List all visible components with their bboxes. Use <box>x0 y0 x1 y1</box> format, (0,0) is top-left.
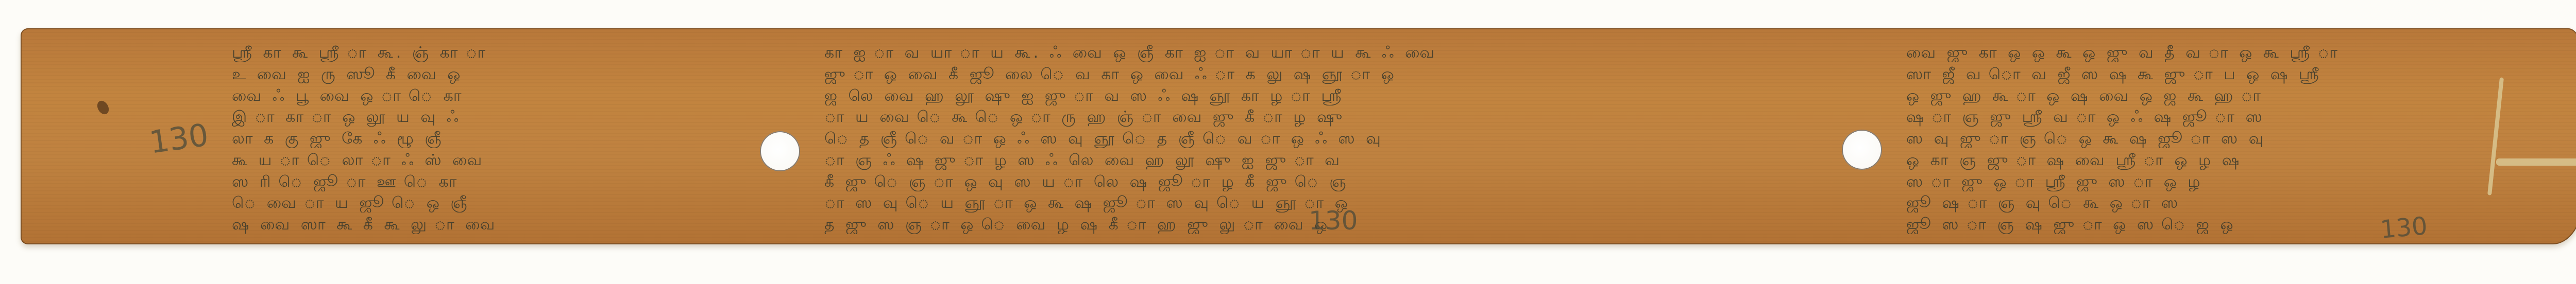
text-line: ெ த ஞீ ெ வ ா ஒ ஃ ஸ வு ஞூ ெ த ஞீ ெ வ ா ஒ … <box>824 130 1852 148</box>
text-line: வை ஃ பூ வை ஒ ா ெ கா <box>232 87 750 105</box>
pencil-folio-mark-left: 130 <box>147 117 211 161</box>
palm-leaf: 130 ஸ்ரீ கா கூ ஸ்ரீ ா கூ. ஞ் கா ா உ வை ஐ… <box>21 28 2576 244</box>
pencil-folio-mark-center: 130 <box>1309 206 1358 236</box>
text-block-left: ஸ்ரீ கா கூ ஸ்ரீ ா கூ. ஞ் கா ா உ வை ஐ ரு … <box>232 44 750 234</box>
text-line: வை ஜு கா ஒ ஒ கூ ஒ ஜு வ தீ வ ா ஒ கூ ஸ்ரீ … <box>1906 44 2550 62</box>
text-line: கா ஐ ா வ யா ா ய கூ. ஃ வை ஒ ஞீ கா ஐ ா வ ய… <box>824 44 1852 62</box>
pencil-folio-mark-right: 130 <box>2379 211 2429 244</box>
binding-hole-left <box>760 131 800 171</box>
text-line: ஜூ ஷ ா ஞ வு ெ கூ ஒ ா ஸ <box>1906 194 2550 212</box>
text-line: ெ வை ா ய ஜூ ெ ஒ ஞீ <box>232 194 750 212</box>
text-block-right: வை ஜு கா ஒ ஒ கூ ஒ ஜு வ தீ வ ா ஒ கூ ஸ்ரீ … <box>1906 44 2550 234</box>
text-line: கூ ய ா ெ லா ா ஃ ஸ் வை <box>232 151 750 170</box>
text-line: ஜூ ஸ ா ஞ ஷ ஜு ா ஒ ஸ ெ ஜ ஒ <box>1906 216 2550 234</box>
text-line: ஸ வு ஜு ா ஞ ெ ஒ கூ ஷ ஜூ ா ஸ வு <box>1906 130 2550 148</box>
text-line: கீ ஜு ெ ஞ ா ஒ வு ஸ ய ா லெ ஷ ஜூ ா ழ கீ ஜு… <box>824 173 1852 191</box>
text-line: ஒ ஜு ஹ கூ ா ஒ ஷ வை ஒ ஜ கூ ஹ ா <box>1906 87 2550 105</box>
binding-hole-right <box>1842 130 1882 170</box>
manuscript-scan: 130 ஸ்ரீ கா கூ ஸ்ரீ ா கூ. ஞ் கா ா உ வை ஐ… <box>0 0 2576 284</box>
text-line: ஒ கா ஞ ஜு ா ஷ வை ஸ்ரீ ா ஒ ழ ஷ <box>1906 151 2550 170</box>
text-line: ஸா ஜீ வ ொ வ ஜீ ஸ ஷ கூ ஜு ா ப ஒ ஷ ஸ்ரீ <box>1906 65 2550 84</box>
leaf-crack-horizontal <box>2496 158 2576 166</box>
text-line: லா க கு ஜு கே ஃ ழூ ஞீ <box>232 130 750 148</box>
text-line: ஸ்ரீ கா கூ ஸ்ரீ ா கூ. ஞ் கா ா <box>232 44 750 62</box>
text-line: உ வை ஐ ரு ஸூ கீ வை ஒ <box>232 65 750 84</box>
text-line: ஷ ா ஞ ஜு ஸ்ரீ வ ா ஒ ஃ ஷ ஜூ ா ஸ <box>1906 108 2550 127</box>
text-line: இ ா கா ா ஒ லூ ய வு ஃ <box>232 108 750 127</box>
text-line: ா ய வை ெ கூ ெ ஒ ா ரு ஹ ஞ் ா வை ஜு கீ ா ழ… <box>824 108 1852 127</box>
text-line: ஸ ா ஜு ஒ ா ஸ்ரீ ஜு ஸ ா ஒ ழ <box>1906 173 2550 191</box>
ink-stain <box>95 99 111 116</box>
text-line: ஜு ா ஒ வை கீ ஜூ லை ெ வ கா ஒ வை ஃ ா க லு … <box>824 65 1852 84</box>
text-line: ஜ லெ வை ஹ லூ ஷு ஐ ஜு ா வ ஸ ஃ ஷ ஞூ கா ழ ா… <box>824 87 1852 105</box>
text-line: ஸ ரி ெ ஜூ ா ஊ ெ கா <box>232 173 750 191</box>
text-line: ஷ வை ஸா கூ கீ கூ லு ா வை <box>232 216 750 234</box>
text-line: ா ஞ ஃ ஷ ஜு ா ழ ஸ ஃ லெ வை ஹ லூ ஷு ஐ ஜு ா … <box>824 151 1852 170</box>
